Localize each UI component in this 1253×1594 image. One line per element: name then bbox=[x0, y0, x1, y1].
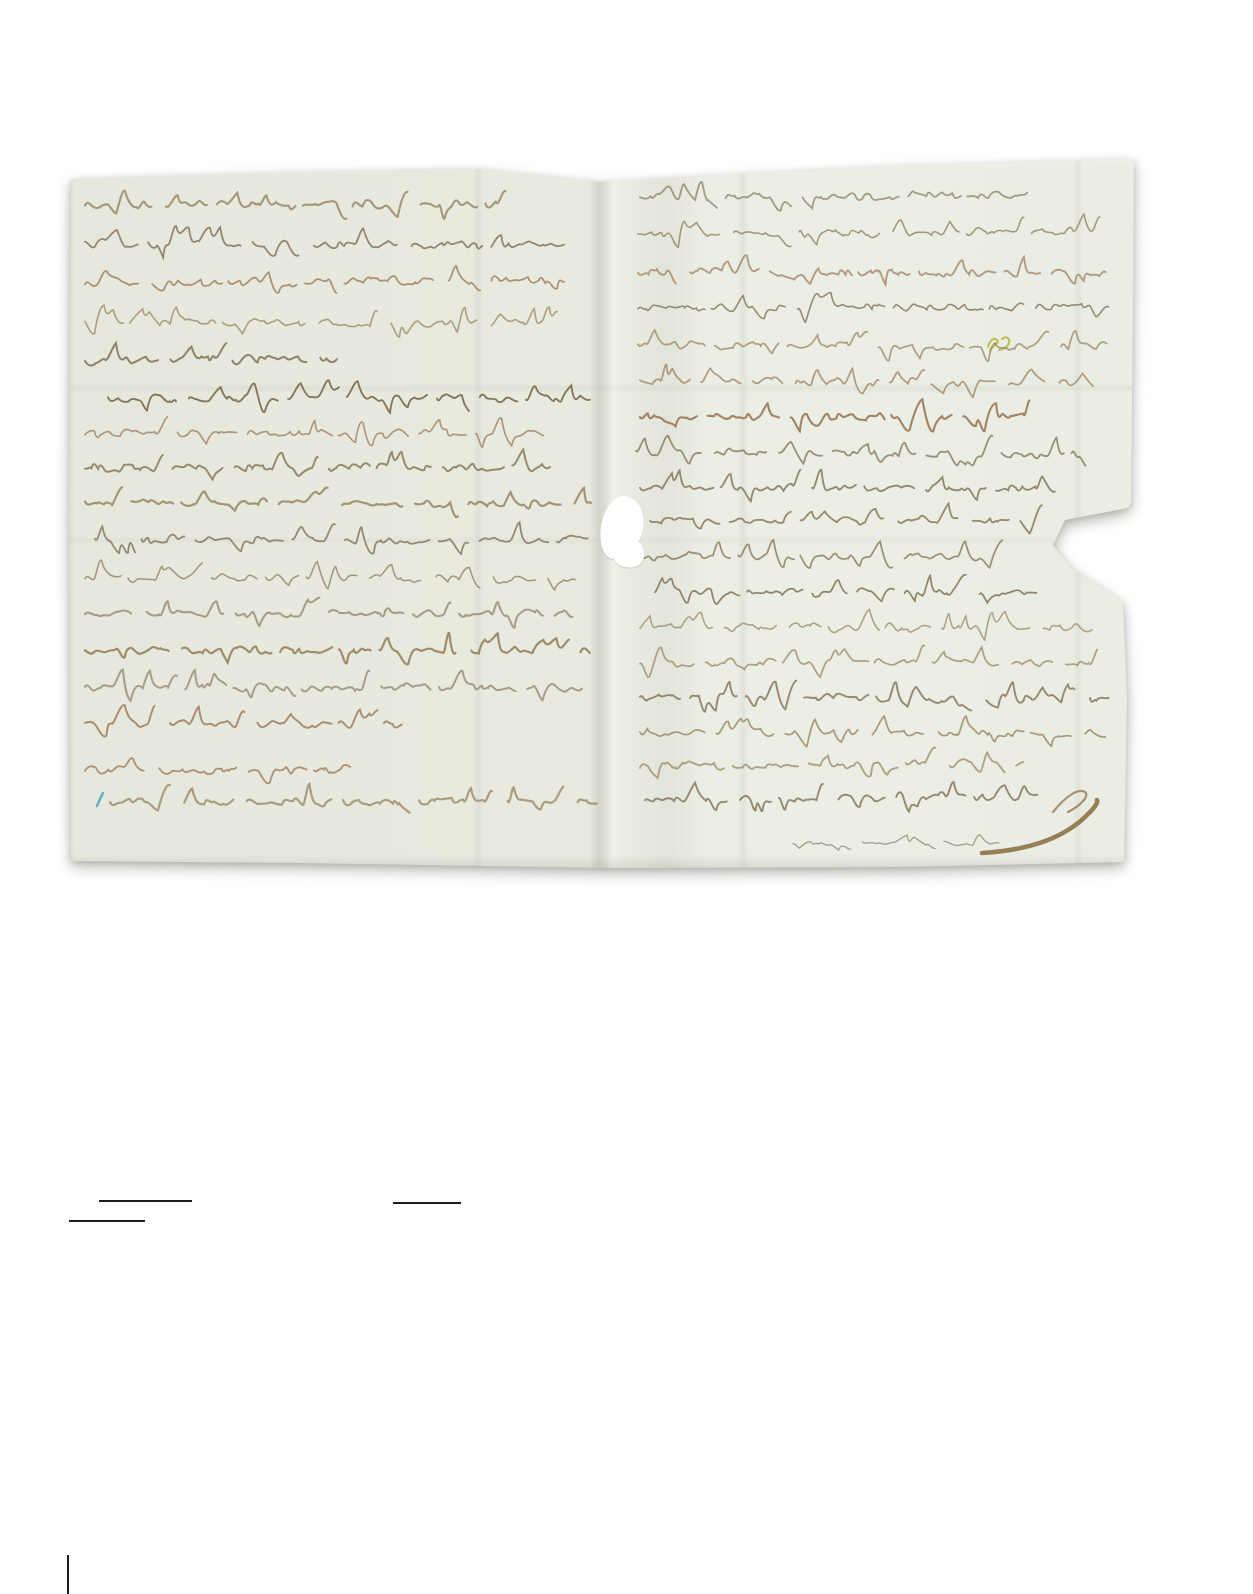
letter-sheet bbox=[65, 155, 1140, 870]
catalog-rule-hline bbox=[99, 1200, 192, 1202]
catalog-rule-hline bbox=[393, 1202, 461, 1204]
letter-sheet-wrapper bbox=[65, 155, 1140, 870]
catalog-rule-vline bbox=[67, 1555, 69, 1594]
catalog-rule-hline bbox=[69, 1220, 145, 1222]
catalog-page: { "page": { "background": "#ffffff", "wi… bbox=[0, 0, 1253, 1594]
